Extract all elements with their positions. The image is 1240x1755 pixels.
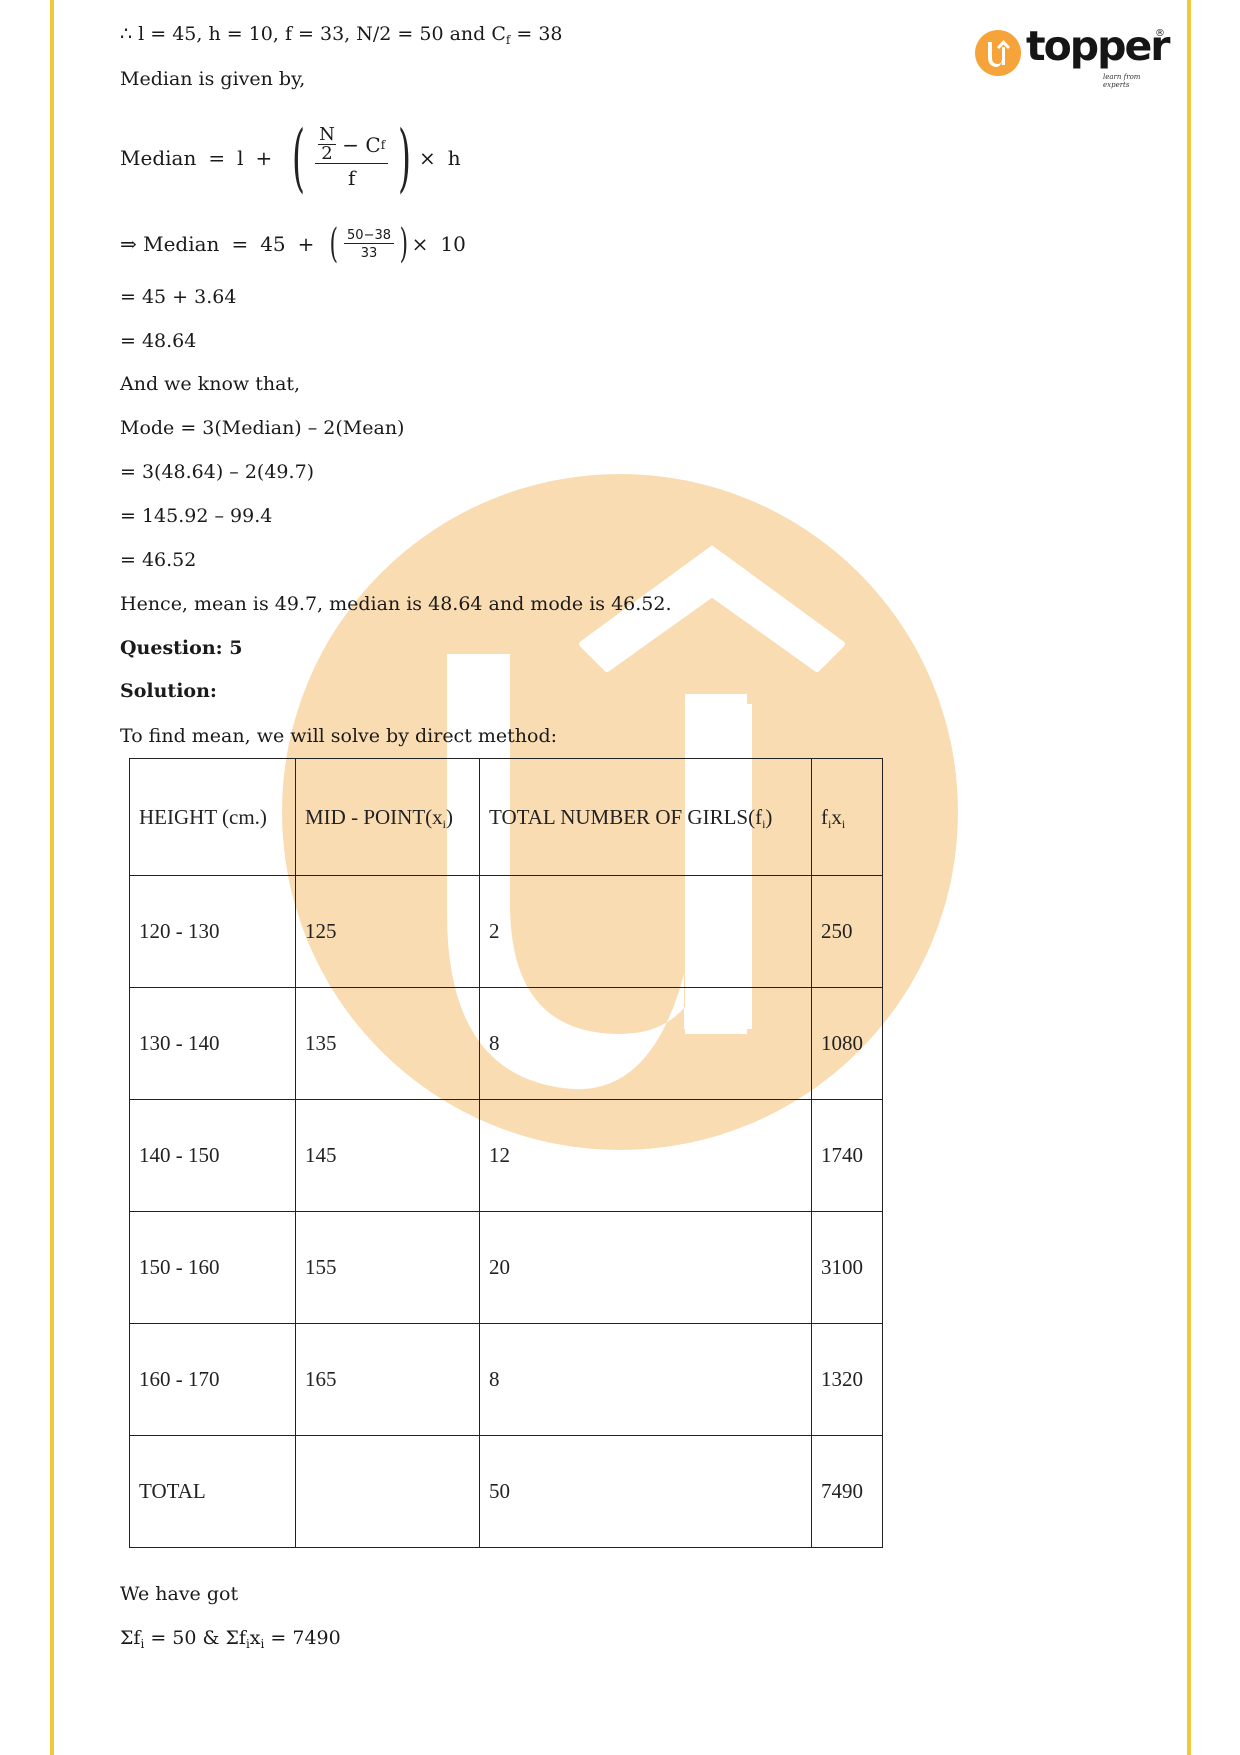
given-tail: = 38 [510,23,562,45]
header-midpoint: MID - POINT(xi) [296,759,480,876]
substitution-prefix: ⇒ Median [120,232,219,256]
table-row: 140 - 150145121740 [130,1100,883,1212]
mode-step-1: = 3(48.64) – 2(49.7) [120,460,314,484]
table-cell: 150 - 160 [130,1212,296,1324]
relation-intro: And we know that, [120,372,300,396]
formula-lhs: Median [120,146,196,170]
header-girls-tail: ) [765,805,772,829]
table-cell: 3100 [812,1212,883,1324]
given-text: ∴ l = 45, h = 10, f = 33, N/2 = 50 and C [120,23,506,45]
median-substitution: ⇒ Median = 45 + ( 50−38 33 ) × 10 [120,222,466,266]
substitution-denominator: 33 [361,244,378,261]
method-text: To find mean, we will solve by direct me… [120,724,557,748]
right-paren: ) [398,121,411,195]
header-height-text: HEIGHT (cm.) [139,805,267,829]
formula-l: l [237,146,243,170]
table-row: 150 - 160155203100 [130,1212,883,1324]
formula-fraction: N2 − Cf f [315,126,388,190]
table-cell: 7490 [812,1436,883,1548]
sums-line: Σfi = 50 & Σfixi = 7490 [120,1626,341,1650]
header-fixi: fixi [812,759,883,876]
header-girls: TOTAL NUMBER OF GIRLS(fi) [480,759,812,876]
table-row: 160 - 17016581320 [130,1324,883,1436]
table-row: TOTAL507490 [130,1436,883,1548]
formula-minus: − [342,133,359,157]
substitution-h: 10 [440,232,465,256]
left-paren: ( [292,121,305,195]
table-cell: 120 - 130 [130,876,296,988]
substitution-eq: = [231,232,248,256]
table-cell: 1320 [812,1324,883,1436]
table-cell: 135 [296,988,480,1100]
header-fixi-sub2: i [842,817,845,831]
formula-times: × [419,146,436,170]
page-border-right [1187,0,1191,1755]
brand-logo: topper ® learn from experts [975,28,1165,88]
we-have-got: We have got [120,1582,238,1606]
sum-fx-x: x [250,1627,261,1649]
table-cell: 1740 [812,1100,883,1212]
table-cell: 140 - 150 [130,1100,296,1212]
table-cell [296,1436,480,1548]
table-cell: 155 [296,1212,480,1324]
substitution-fraction: 50−38 33 [344,228,394,261]
table-cell: 8 [480,1324,812,1436]
table-cell: TOTAL [130,1436,296,1548]
mode-step-3: = 46.52 [120,548,196,572]
header-height: HEIGHT (cm.) [130,759,296,876]
table-cell: 20 [480,1212,812,1324]
formula-two: 2 [321,145,332,163]
registered-mark: ® [1155,28,1165,39]
mode-step-2: = 145.92 – 99.4 [120,504,272,528]
header-midpoint-tail: ) [446,805,453,829]
median-formula: Median = l + ( N2 − Cf f ) × h [120,113,461,203]
formula-C: C [365,133,380,157]
given-values: ∴ l = 45, h = 10, f = 33, N/2 = 50 and C… [120,22,563,46]
page-border-left [50,0,54,1755]
left-paren-small: ( [330,224,339,264]
substitution-times: × [412,232,429,256]
table-cell: 2 [480,876,812,988]
solution-label: Solution: [120,679,217,703]
substitution-plus: + [298,232,315,256]
logo-wordmark: topper [1026,22,1169,70]
sum-f: Σf [120,1627,140,1649]
right-paren-small: ) [400,224,409,264]
header-girls-text: TOTAL NUMBER OF GIRLS(f [489,805,762,829]
table-cell: 8 [480,988,812,1100]
table-body: 120 - 1301252250130 - 14013581080140 - 1… [130,876,883,1548]
median-step-1: = 45 + 3.64 [120,285,236,309]
table-cell: 50 [480,1436,812,1548]
sum-f-val: = 50 & Σf [144,1627,246,1649]
table-header-row: HEIGHT (cm.) MID - POINT(xi) TOTAL NUMBE… [130,759,883,876]
header-fixi-f: f [821,805,828,829]
formula-plus: + [256,146,273,170]
formula-h: h [448,146,461,170]
logo-u-arrow-icon [975,30,1021,76]
substitution-l: 45 [260,232,285,256]
sum-fx-val: = 7490 [264,1627,340,1649]
table-cell: 12 [480,1100,812,1212]
mode-relation: Mode = 3(Median) – 2(Mean) [120,416,404,440]
conclusion: Hence, mean is 49.7, median is 48.64 and… [120,592,672,616]
frequency-table: HEIGHT (cm.) MID - POINT(xi) TOTAL NUMBE… [129,758,883,1548]
table-cell: 130 - 140 [130,988,296,1100]
logo-tagline: learn from experts [1103,73,1165,89]
median-intro: Median is given by, [120,67,305,91]
median-step-2: = 48.64 [120,329,196,353]
substitution-numerator: 50−38 [344,228,394,244]
table-cell: 165 [296,1324,480,1436]
table-cell: 160 - 170 [130,1324,296,1436]
formula-f: f [348,164,355,190]
table-row: 120 - 1301252250 [130,876,883,988]
table-row: 130 - 14013581080 [130,988,883,1100]
table-cell: 250 [812,876,883,988]
header-midpoint-text: MID - POINT(x [305,805,443,829]
table-cell: 145 [296,1100,480,1212]
table-cell: 125 [296,876,480,988]
table-cell: 1080 [812,988,883,1100]
question-label: Question: 5 [120,636,242,660]
formula-eq: = [208,146,225,170]
header-fixi-x: x [831,805,842,829]
